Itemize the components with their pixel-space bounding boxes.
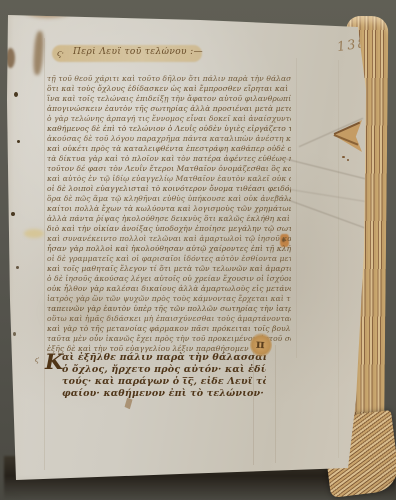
commentary-line: καὶ αὐτὸς ἐν τῷ ἰδίῳ εὐαγγελίῳ Ματθαῖον … bbox=[47, 174, 291, 184]
ruling-line-right bbox=[296, 58, 297, 358]
commentary-line: τοῦτον δέ φασι τὸν Λευῒν ἕτεροι Ματθαῖον… bbox=[47, 164, 291, 174]
commentary-line: καὶ τοῖς μαθηταῖς ἔλεγον τί ὅτι μετὰ τῶν… bbox=[47, 264, 291, 274]
commentary-line: τῇ τοῦ θεοῦ χάριτι καὶ τοῦτο δῆλον ὅτι π… bbox=[47, 74, 291, 84]
margin-chapter-numeral: ϛ bbox=[35, 356, 39, 364]
page-tear bbox=[334, 120, 362, 152]
commentary-line: οἱ δὲ λοιποὶ εὐαγγελισταὶ τὸ κοινότερον … bbox=[47, 184, 291, 194]
commentary-line: ἦσαν γὰρ πολλοὶ καὶ ἠκολούθησαν αὐτῷ χαί… bbox=[47, 244, 291, 254]
gospel-lemma-block: αὶ ἐξῆλθε πάλιν παρὰ τὴν θάλασσαν· καὶ π… bbox=[62, 352, 268, 400]
ruling-line-left bbox=[44, 38, 45, 470]
commentary-line: ὅτι καὶ τοὺς ὄχλους ἐδίδασκεν ὡς καὶ ἔμπ… bbox=[47, 84, 291, 94]
lemma-line: ὁ ὄχλος, ἤρχετο πρὸς αὐτόν· καὶ ἐδίδασκε… bbox=[62, 364, 266, 376]
commentary-line: ὁ γὰρ τελώνης ἁρπαγή τις ἔννομος εἶναι δ… bbox=[47, 114, 291, 124]
commentary-line: καθήμενος δὲ ἐπὶ τὸ τελώνιον ὁ Λευῒς οὐδ… bbox=[47, 124, 291, 134]
commentary-line: οἱ δὲ γραμματεῖς καὶ οἱ φαρισαῖοι ἰδόντε… bbox=[47, 254, 291, 264]
lemma-line: τούς· καὶ παράγων ὁ ι̅ς̅, εἶδε Λευῒ τὸν … bbox=[62, 376, 266, 388]
chapter-number: ϛ· bbox=[57, 49, 64, 58]
commentary-line: καὶ γὰρ τὸ τῆς μετανοίας φάρμακον πᾶσι π… bbox=[47, 324, 291, 334]
commentary-line: ὁ δὲ ἰησοῦς ἀκούσας λέγει αὐτοῖς οὐ χρεί… bbox=[47, 274, 291, 284]
wormhole-spot bbox=[13, 332, 16, 336]
initial-letter: Κ bbox=[45, 351, 63, 373]
wormhole-spot bbox=[17, 140, 20, 143]
commentary-line: ταπεινῶν γὰρ ἑαυτὸν ὑπὲρ τῆς τῶν πολλῶν … bbox=[47, 304, 291, 314]
wormhole-spot bbox=[11, 212, 15, 216]
chapter-heading: Περὶ Λευῒ τοῦ τελώνου :— bbox=[73, 47, 205, 57]
tear-specks bbox=[342, 156, 352, 162]
corner-stain bbox=[24, 2, 72, 17]
commentary-line: καὶ συνανέκειντο πολλοὶ τελῶναι καὶ ἁμαρ… bbox=[47, 234, 291, 244]
commentary-line: ἀπογινώσκειν ἑαυτὸν τῆς σωτηρίας ἀλλὰ πρ… bbox=[47, 104, 291, 114]
ruling-line-lower-2 bbox=[275, 345, 276, 463]
marginal-seal-mark: π bbox=[250, 333, 272, 357]
commentary-line: ἀλλὰ πάντα ῥίψας ἠκολούθησε δεικνὺς ὅτι … bbox=[47, 214, 291, 224]
commentary-line: ἀκούσας δὲ τοῦ λόγου παραχρῆμα πάντα κατ… bbox=[47, 134, 291, 144]
commentary-line: τὰ δίκτυα γὰρ καὶ τὸ πλοῖον καὶ τὸν πατέ… bbox=[47, 154, 291, 164]
wormhole-spot bbox=[16, 266, 19, 269]
commentary-line: καὶ οὐκέτι πρὸς τὰ καταλειφθέντα ἐπεστρά… bbox=[47, 144, 291, 154]
commentary-line: καίτοι πολλὰ ἔχων τὰ κωλύοντα καὶ λογισμ… bbox=[47, 204, 291, 214]
commentary-line: ἰατρὸς γὰρ ὢν τῶν ψυχῶν πρὸς τοὺς κάμνον… bbox=[47, 294, 291, 304]
commentary-line: ὅρα δὲ πῶς ἅμα τῷ κληθῆναι εὐθὺς ὑπήκουσ… bbox=[47, 194, 291, 204]
lemma-line: αὶ ἐξῆλθε πάλιν παρὰ τὴν θάλασσαν· καὶ π… bbox=[62, 352, 266, 364]
lemma-line: φαίου· καθήμενον ἐπὶ τὸ τελώνιον· καὶ λέ… bbox=[62, 388, 266, 400]
commentary-line: διὸ καὶ τὴν οἰκίαν ἀνοίξας ὑποδοχὴν ἐποί… bbox=[47, 224, 291, 234]
commentary-line: οὐκ ἦλθον γὰρ καλέσαι δικαίους ἀλλὰ ἁμαρ… bbox=[47, 284, 291, 294]
seal-glyph: π bbox=[256, 337, 266, 351]
margin-smudge bbox=[24, 229, 44, 238]
commentary-line: ἵνα καὶ τοῖς τελώναις ἐπιδείξῃ τὴν ἄφατο… bbox=[47, 94, 291, 104]
gutter-stain bbox=[6, 48, 15, 68]
commentary-text-block: τῇ τοῦ θεοῦ χάριτι καὶ τοῦτο δῆλον ὅτι π… bbox=[47, 74, 293, 354]
commentary-line: οὕτω καὶ ἡμᾶς διδάσκει μὴ ἐπαισχύνεσθαι … bbox=[47, 314, 291, 324]
manuscript-page: 138 ϛ· Περὶ Λευῒ τοῦ τελώνου :— τῇ τοῦ θ… bbox=[0, 0, 396, 500]
wormhole-spot bbox=[14, 92, 18, 97]
